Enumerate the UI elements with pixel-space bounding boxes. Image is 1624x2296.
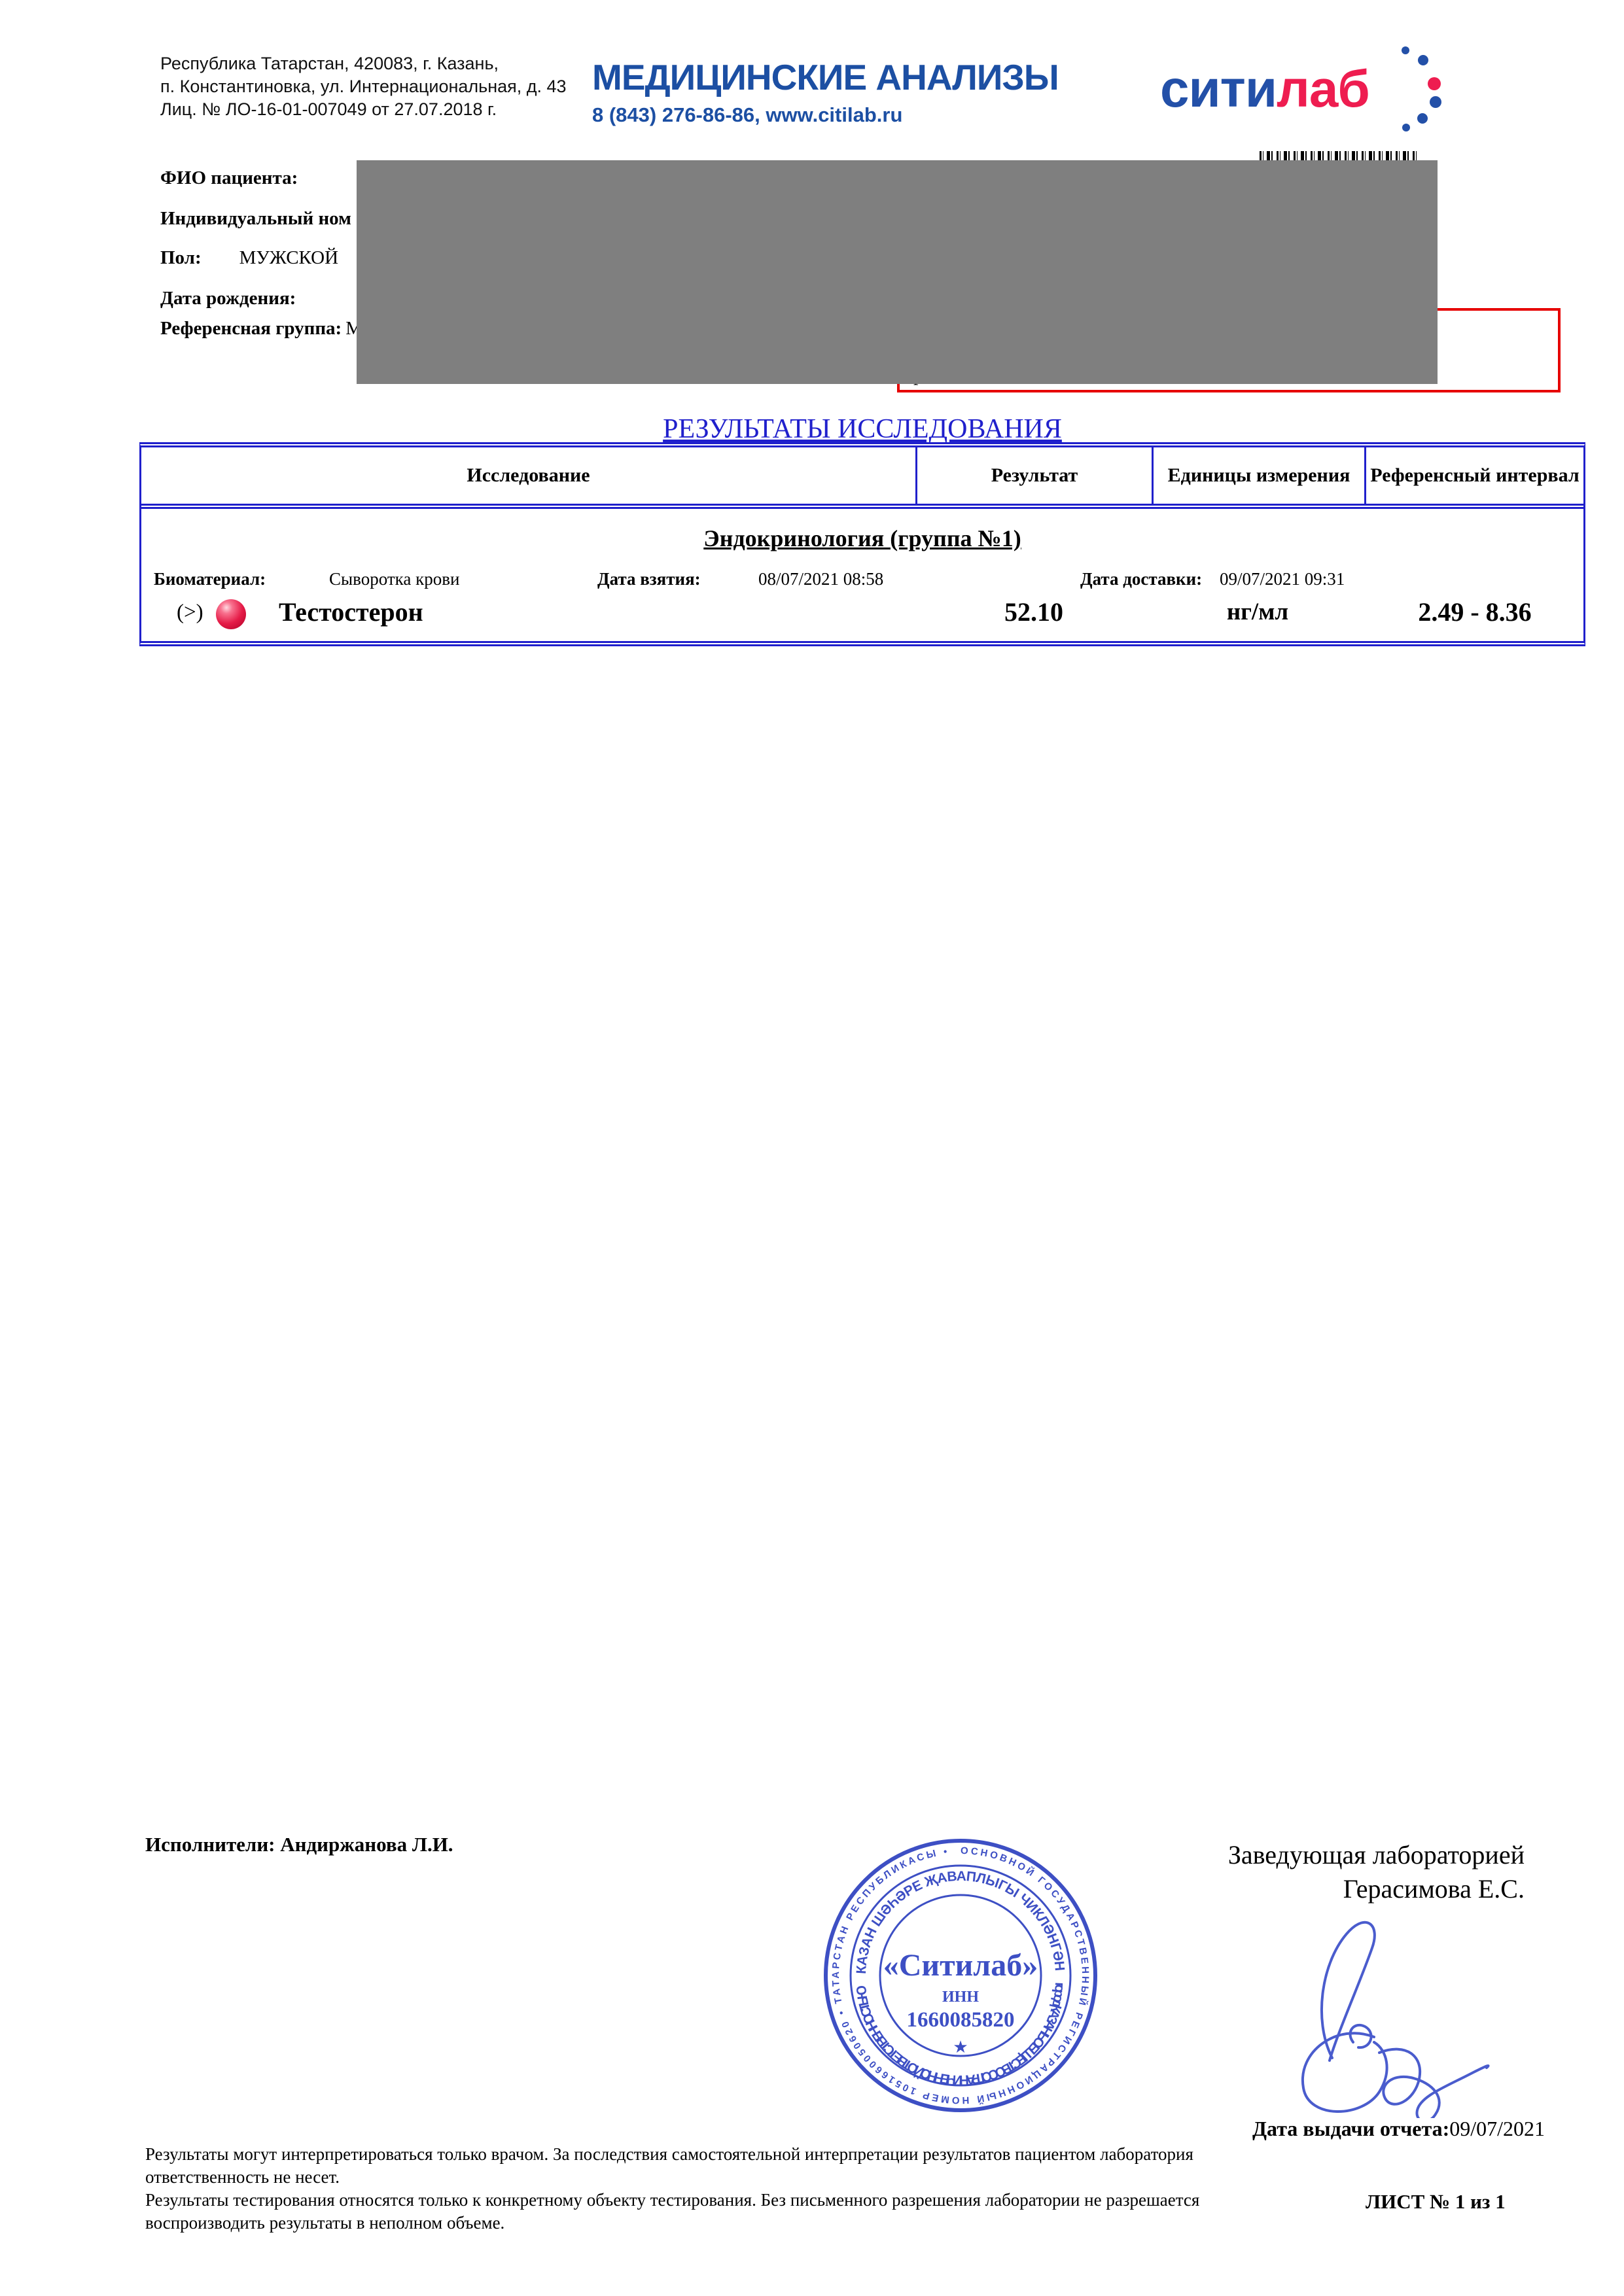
results-table: Исследование Результат Единицы измерения… <box>139 442 1585 646</box>
biomaterial-row: Биоматериал: Сыворотка крови Дата взятия… <box>141 569 1583 595</box>
column-header-units: Единицы измерения <box>1152 447 1364 504</box>
biomaterial-label: Биоматериал: <box>154 569 266 589</box>
patient-sex-row: Пол:МУЖСКОЙ <box>160 247 338 269</box>
lab-address: Республика Татарстан, 420083, г. Казань,… <box>160 52 567 121</box>
signature <box>1275 1902 1497 2118</box>
disclaimer-line: воспроизводить результаты в неполном объ… <box>145 2212 1199 2235</box>
disclaimer-line: Результаты могут интерпретироваться толь… <box>145 2143 1199 2166</box>
lab-head-name: Герасимова Е.С. <box>1158 1872 1525 1906</box>
patient-sex-value: МУЖСКОЙ <box>239 247 338 268</box>
patient-refgroup-row: Референсная группа:М <box>160 318 362 339</box>
disclaimer-line: ответственность не несет. <box>145 2166 1199 2189</box>
logo-text-blue: сити <box>1160 60 1277 118</box>
brand-block: МЕДИЦИНСКИЕ АНАЛИЗЫ 8 (843) 276-86-86, w… <box>592 56 1059 127</box>
test-name: Тестостерон <box>279 597 423 627</box>
results-table-body: Эндокринология (группа №1) Биоматериал: … <box>141 509 1583 636</box>
delivered-label: Дата доставки: <box>1080 569 1202 589</box>
patient-id-row: Индивидуальный ном <box>160 208 351 230</box>
patient-fio-label: ФИО пациента: <box>160 167 298 188</box>
results-title: РЕЗУЛЬТАТЫ ИССЛЕДОВАНИЯ <box>139 413 1585 445</box>
issue-date-value: 09/07/2021 <box>1449 2117 1545 2140</box>
logo-dots-icon <box>1391 41 1456 139</box>
stamp-star-icon: ★ <box>953 2038 968 2057</box>
issue-date-line: Дата выдачи отчета:09/07/2021 <box>1252 2117 1545 2141</box>
patient-refgroup-label: Референсная группа: <box>160 318 342 339</box>
citilab-logo: ситилаб <box>1160 63 1369 115</box>
test-result: 52.10 <box>962 597 1106 627</box>
lab-report-page: Республика Татарстан, 420083, г. Казань,… <box>0 0 1624 2296</box>
taken-value: 08/07/2021 08:58 <box>758 569 883 589</box>
group-title: Эндокринология (группа №1) <box>141 525 1583 552</box>
sheet-number: ЛИСТ № 1 из 1 <box>1366 2190 1506 2214</box>
patient-id-label: Индивидуальный ном <box>160 208 351 229</box>
test-units: нг/мл <box>1186 598 1330 626</box>
address-line: Республика Татарстан, 420083, г. Казань, <box>160 52 567 75</box>
round-stamp: ОСНОВНОЙ ГОСУДАРСТВЕННЫЙ РЕГИСТРАЦИОННЫЙ… <box>822 1837 1099 2114</box>
brand-phone: 8 (843) 276-86-86, www.citilab.ru <box>592 103 1059 127</box>
address-line: Лиц. № ЛО-16-01-007049 от 27.07.2018 г. <box>160 98 567 121</box>
patient-fio-row: ФИО пациента: <box>160 167 298 189</box>
brand-title: МЕДИЦИНСКИЕ АНАЛИЗЫ <box>592 56 1059 98</box>
lab-head-title: Заведующая лабораторией <box>1158 1838 1525 1872</box>
stamp-inn-value: 1660085820 <box>907 2008 1015 2032</box>
patient-birth-label: Дата рождения: <box>160 288 296 309</box>
stamp-center-name: «Ситилаб» <box>883 1948 1038 1983</box>
logo-text-red: лаб <box>1277 60 1369 118</box>
results-table-header: Исследование Результат Единицы измерения… <box>141 447 1583 509</box>
test-ref-interval: 2.49 - 8.36 <box>1390 597 1560 627</box>
patient-sex-label: Пол: <box>160 247 202 268</box>
patient-birth-row: Дата рождения: <box>160 288 296 309</box>
high-flag: (>) <box>177 600 203 625</box>
address-line: п. Константиновка, ул. Интернациональная… <box>160 75 567 98</box>
disclaimer-block: Результаты могут интерпретироваться толь… <box>145 2143 1199 2235</box>
stamp-inn-label: ИНН <box>942 1989 979 2006</box>
table-row: (>) Тестостерон 52.10 нг/мл 2.49 - 8.36 <box>141 595 1583 632</box>
column-header-result: Результат <box>915 447 1152 504</box>
alert-ball-icon <box>216 599 246 629</box>
column-header-ref: Референсный интервал <box>1364 447 1583 504</box>
column-header-study: Исследование <box>141 447 915 504</box>
taken-label: Дата взятия: <box>597 569 701 589</box>
delivered-value: 09/07/2021 09:31 <box>1220 569 1345 589</box>
redaction-box <box>357 160 1438 384</box>
lab-head-block: Заведующая лабораторией Герасимова Е.С. <box>1158 1838 1525 1906</box>
biomaterial-value: Сыворотка крови <box>329 569 459 589</box>
disclaimer-line: Результаты тестирования относятся только… <box>145 2189 1199 2212</box>
executors-line: Исполнители: Андиржанова Л.И. <box>145 1833 453 1856</box>
issue-date-label: Дата выдачи отчета: <box>1252 2117 1449 2140</box>
